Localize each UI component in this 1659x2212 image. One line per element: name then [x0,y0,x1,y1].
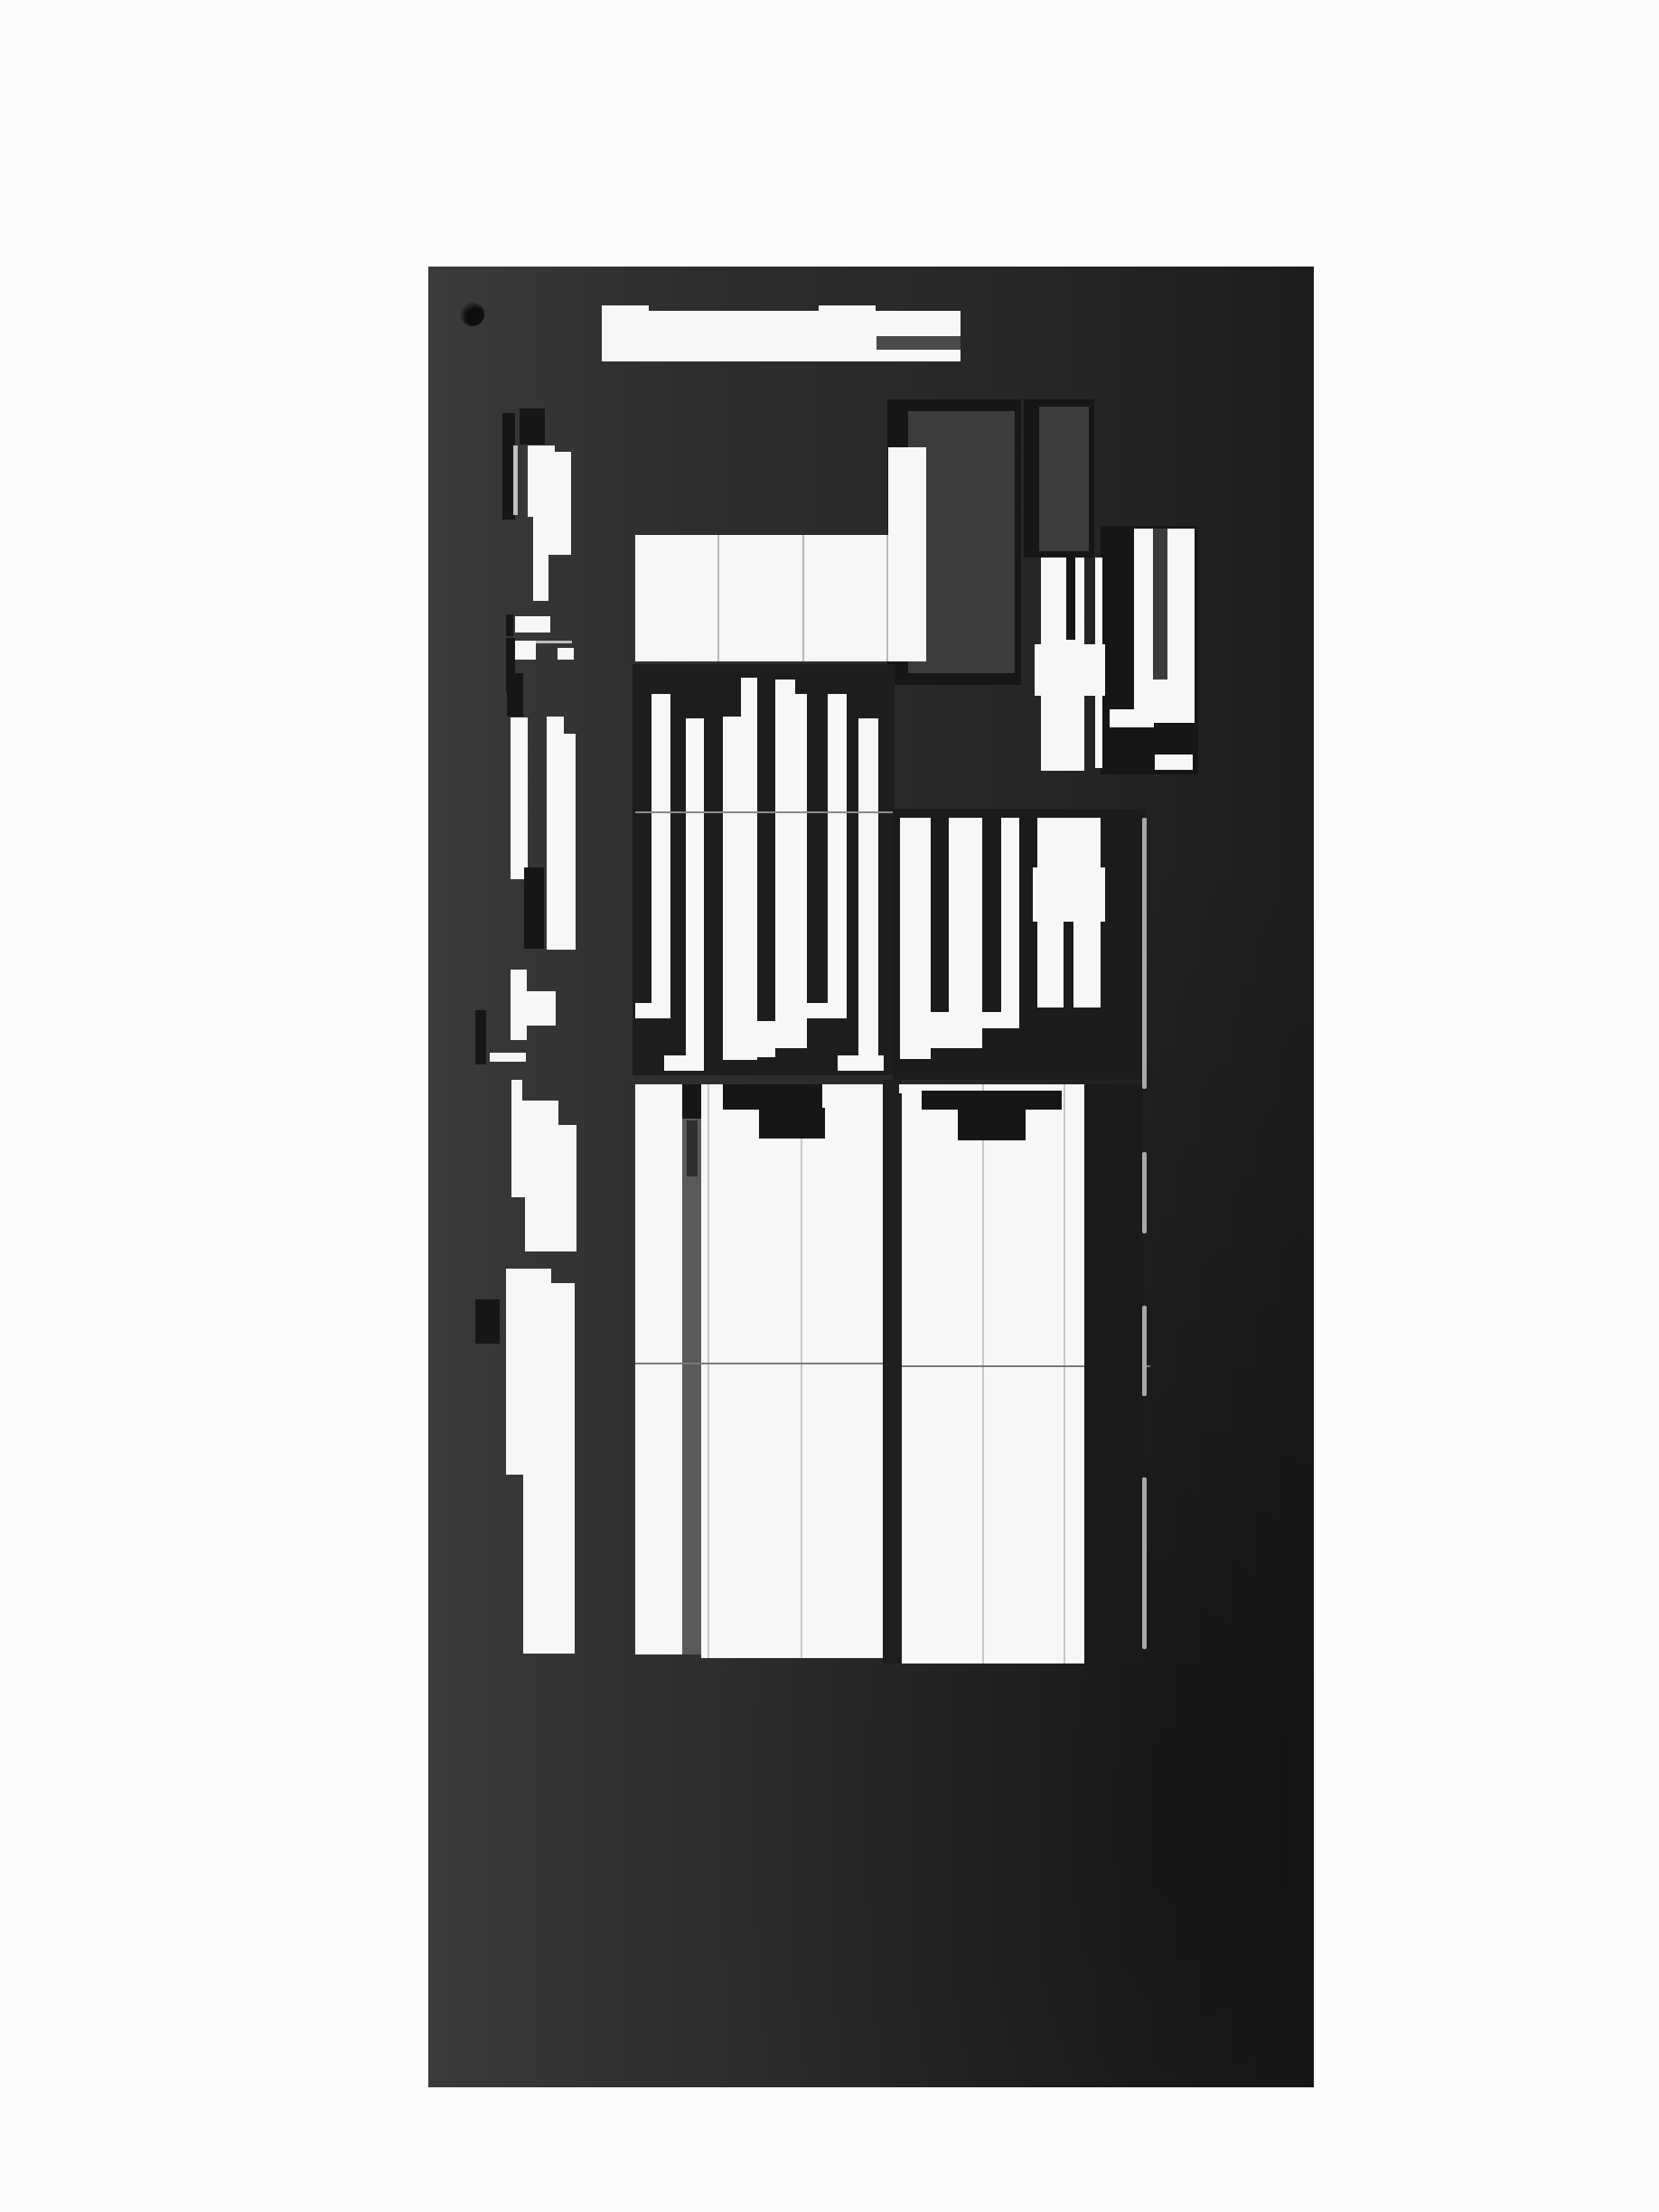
mounting-hole [461,303,484,326]
